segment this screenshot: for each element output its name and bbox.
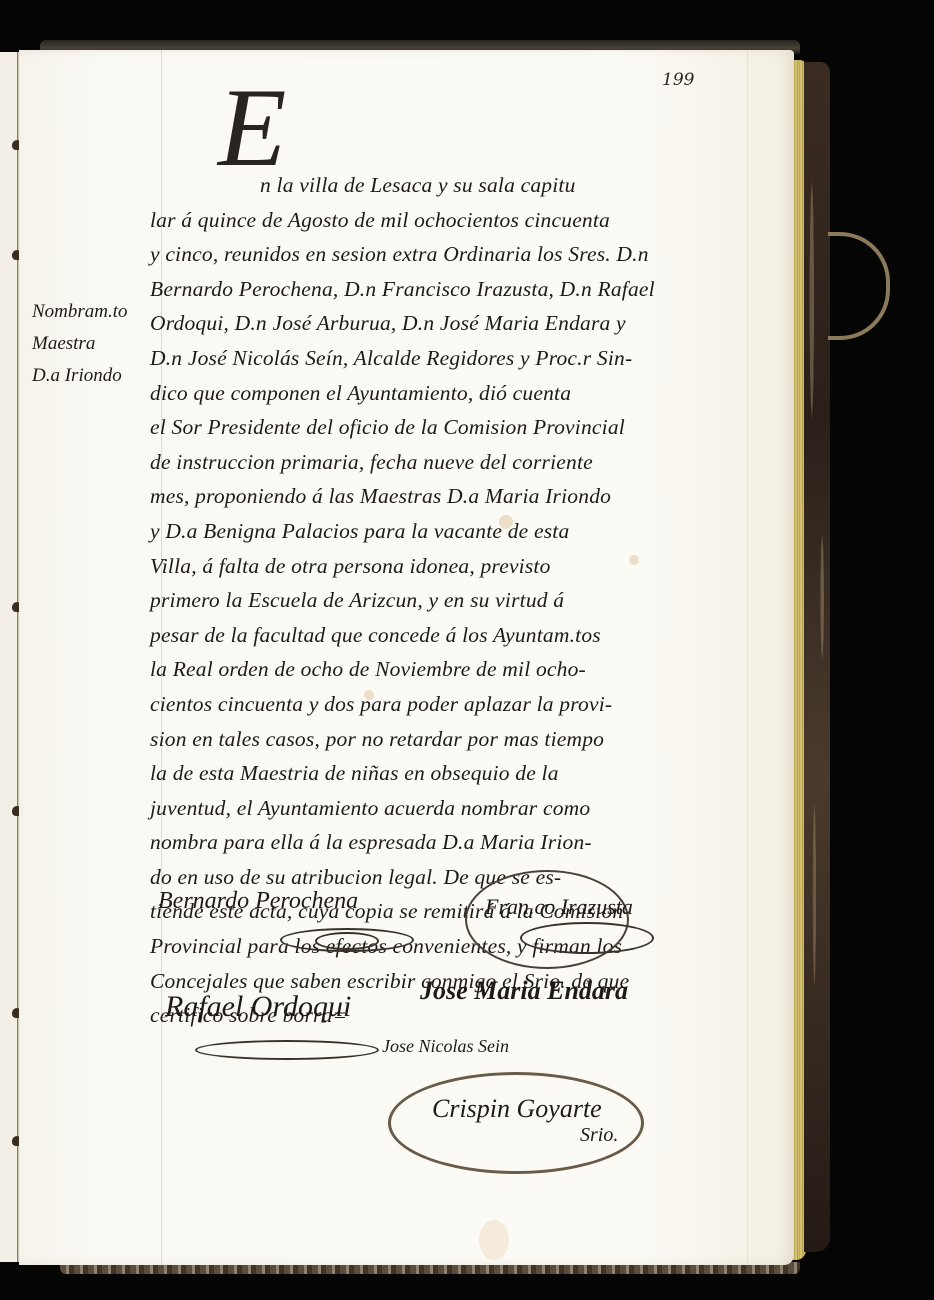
folio-number: 199	[662, 70, 694, 90]
text-line: y D.a Benigna Palacios para la vacante d…	[150, 514, 770, 549]
margin-note-line: Nombram.to	[32, 296, 150, 328]
binding-thread	[17, 52, 18, 1262]
signature-sein: Jose Nicolas Sein	[382, 1036, 509, 1057]
signature-irazusta: Fran.co Irazusta	[485, 894, 633, 920]
signature-goyarte: Crispin Goyarte	[432, 1094, 602, 1124]
text-line: Bernardo Perochena, D.n Francisco Irazus…	[150, 272, 770, 307]
scanned-ledger: 199 E Nombram.to Maestra D.a Iriondo n l…	[0, 0, 934, 1300]
text-line: la Real orden de ocho de Noviembre de mi…	[150, 652, 770, 687]
margin-note-line: D.a Iriondo	[32, 360, 150, 392]
text-line: D.n José Nicolás Seín, Alcalde Regidores…	[150, 341, 770, 376]
text-line: mes, proponiendo á las Maestras D.a Mari…	[150, 479, 770, 514]
text-line: n la villa de Lesaca y su sala capitu	[150, 168, 770, 203]
text-line: Provincial para los efectos convenientes…	[150, 929, 770, 964]
margin-note: Nombram.to Maestra D.a Iriondo	[32, 296, 150, 392]
text-line: sion en tales casos, por no retardar por…	[150, 722, 770, 757]
marbled-cover-edge	[804, 62, 830, 1252]
water-stain	[479, 1220, 509, 1260]
signature-ordoqui: Rafael Ordoqui	[165, 990, 351, 1024]
text-line: Ordoqui, D.n José Arburua, D.n José Mari…	[150, 306, 770, 341]
signature-flourish	[520, 922, 654, 954]
margin-note-line: Maestra	[32, 328, 150, 360]
text-line: juventud, el Ayuntamiento acuerda nombra…	[150, 791, 770, 826]
text-line: primero la Escuela de Arizcun, y en su v…	[150, 583, 770, 618]
signature-perochena: Bernardo Perochena	[158, 888, 358, 915]
text-line: y cinco, reunidos en sesion extra Ordina…	[150, 237, 770, 272]
text-line: Villa, á falta de otra persona idonea, p…	[150, 549, 770, 584]
signature-endara: Jose Maria Endara	[420, 976, 628, 1006]
text-line: pesar de la facultad que concede á los A…	[150, 618, 770, 653]
text-line: la de esta Maestria de niñas en obsequio…	[150, 756, 770, 791]
string-loop	[828, 232, 890, 340]
text-line: lar á quince de Agosto de mil ochociento…	[150, 203, 770, 238]
text-line: el Sor Presidente del oficio de la Comis…	[150, 410, 770, 445]
text-line: de instruccion primaria, fecha nueve del…	[150, 445, 770, 480]
text-line: dico que componen el Ayuntamiento, dió c…	[150, 376, 770, 411]
signature-flourish	[315, 932, 379, 950]
text-line: cientos cincuenta y dos para poder aplaz…	[150, 687, 770, 722]
signature-flourish	[195, 1040, 379, 1060]
secretary-title: Srio.	[580, 1124, 618, 1147]
text-line: nombra para ella á la espresada D.a Mari…	[150, 825, 770, 860]
